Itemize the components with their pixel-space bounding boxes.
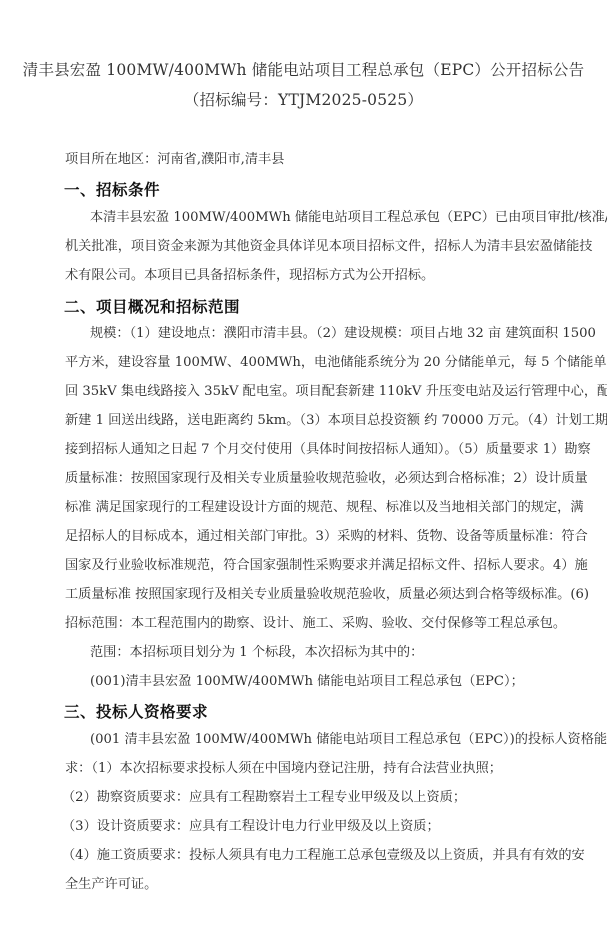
- paragraph-line: 国家及行业验收标准规范，符合国家强制性采购要求并满足招标文件、招标人要求。4）施: [65, 558, 580, 574]
- section-heading-bidding-conditions: 一、招标条件: [64, 178, 160, 200]
- tender-announcement-page: 清丰县宏盈 100MW/400MWh 储能电站项目工程总承包（EPC）公开招标公…: [0, 0, 607, 925]
- section-heading-project-overview: 二、项目概况和招标范围: [64, 295, 240, 317]
- lot-line: (001)清丰县宏盈 100MW/400MWh 储能电站项目工程总承包（EPC）…: [90, 674, 580, 690]
- paragraph-line: 求：（1）本次招标要求投标人须在中国境内登记注册，持有合法营业执照；: [65, 761, 580, 777]
- document-title: 清丰县宏盈 100MW/400MWh 储能电站项目工程总承包（EPC）公开招标公…: [0, 58, 607, 80]
- section-heading-bidder-qualifications: 三、投标人资格要求: [64, 700, 208, 722]
- paragraph-line: 质量标准：按照国家现行及相关专业质量验收规范验收，必须达到合格标准；2）设计质量: [65, 471, 580, 487]
- project-location: 项目所在地区：河南省,濮阳市,清丰县: [65, 152, 580, 168]
- paragraph-line: 机关批准，项目资金来源为其他资金具体详见本项目招标文件，招标人为清丰县宏盈储能技: [65, 239, 580, 255]
- scope-line: 范围：本招标项目划分为 1 个标段，本次招标为其中的：: [90, 645, 580, 661]
- paragraph-line: 回 35kV 集电线路接入 35kV 配电室。项目配套新建 110kV 升压变电…: [65, 384, 580, 400]
- paragraph-line: 招标范围：本工程范围内的勘察、设计、施工、采购、验收、交付保修等工程总承包。: [65, 616, 580, 632]
- paragraph-line: 工质量标准 按照国家现行及相关专业质量验收规范验收，质量必须达到合格等级标准。(…: [65, 587, 580, 603]
- paragraph-line: 术有限公司。本项目已具备招标条件，现招标方式为公开招标。: [65, 268, 580, 284]
- paragraph-line: 标准 满足国家现行的工程建设设计方面的规范、规程、标准以及当地相关部门的规定，满: [65, 500, 580, 516]
- paragraph-line: 本清丰县宏盈 100MW/400MWh 储能电站项目工程总承包（EPC）已由项目…: [90, 210, 580, 226]
- paragraph-line: 全生产许可证。: [65, 877, 580, 893]
- qualification-item: （4）施工资质要求：投标人须具有电力工程施工总承包壹级及以上资质，并具有有效的安: [62, 848, 577, 864]
- paragraph-line: 新建 1 回送出线路，送电距离约 5km。（3）本项目总投资额 约 70000 …: [65, 413, 580, 429]
- paragraph-line: (001 清丰县宏盈 100MW/400MWh 储能电站项目工程总承包（EPC）…: [90, 732, 580, 748]
- qualification-item: （3）设计资质要求：应具有工程设计电力行业甲级及以上资质；: [62, 819, 577, 835]
- paragraph-line: 接到招标人通知之日起 7 个月交付使用（具体时间按招标人通知）。（5）质量要求 …: [65, 442, 580, 458]
- qualification-item: （2）勘察资质要求：应具有工程勘察岩土工程专业甲级及以上资质；: [62, 790, 577, 806]
- paragraph-line: 平方米，建设容量 100MW、400MWh，电池储能系统分为 20 分储能单元，…: [65, 355, 580, 371]
- tender-number: （招标编号：YTJM2025-0525）: [0, 88, 607, 110]
- paragraph-line: 足招标人的目标成本，通过相关部门审批。3）采购的材料、货物、设备等质量标准：符合: [65, 529, 580, 545]
- paragraph-line: 规模：（1）建设地点：濮阳市清丰县。（2）建设规模：项目占地 32 亩 建筑面积…: [90, 326, 580, 342]
